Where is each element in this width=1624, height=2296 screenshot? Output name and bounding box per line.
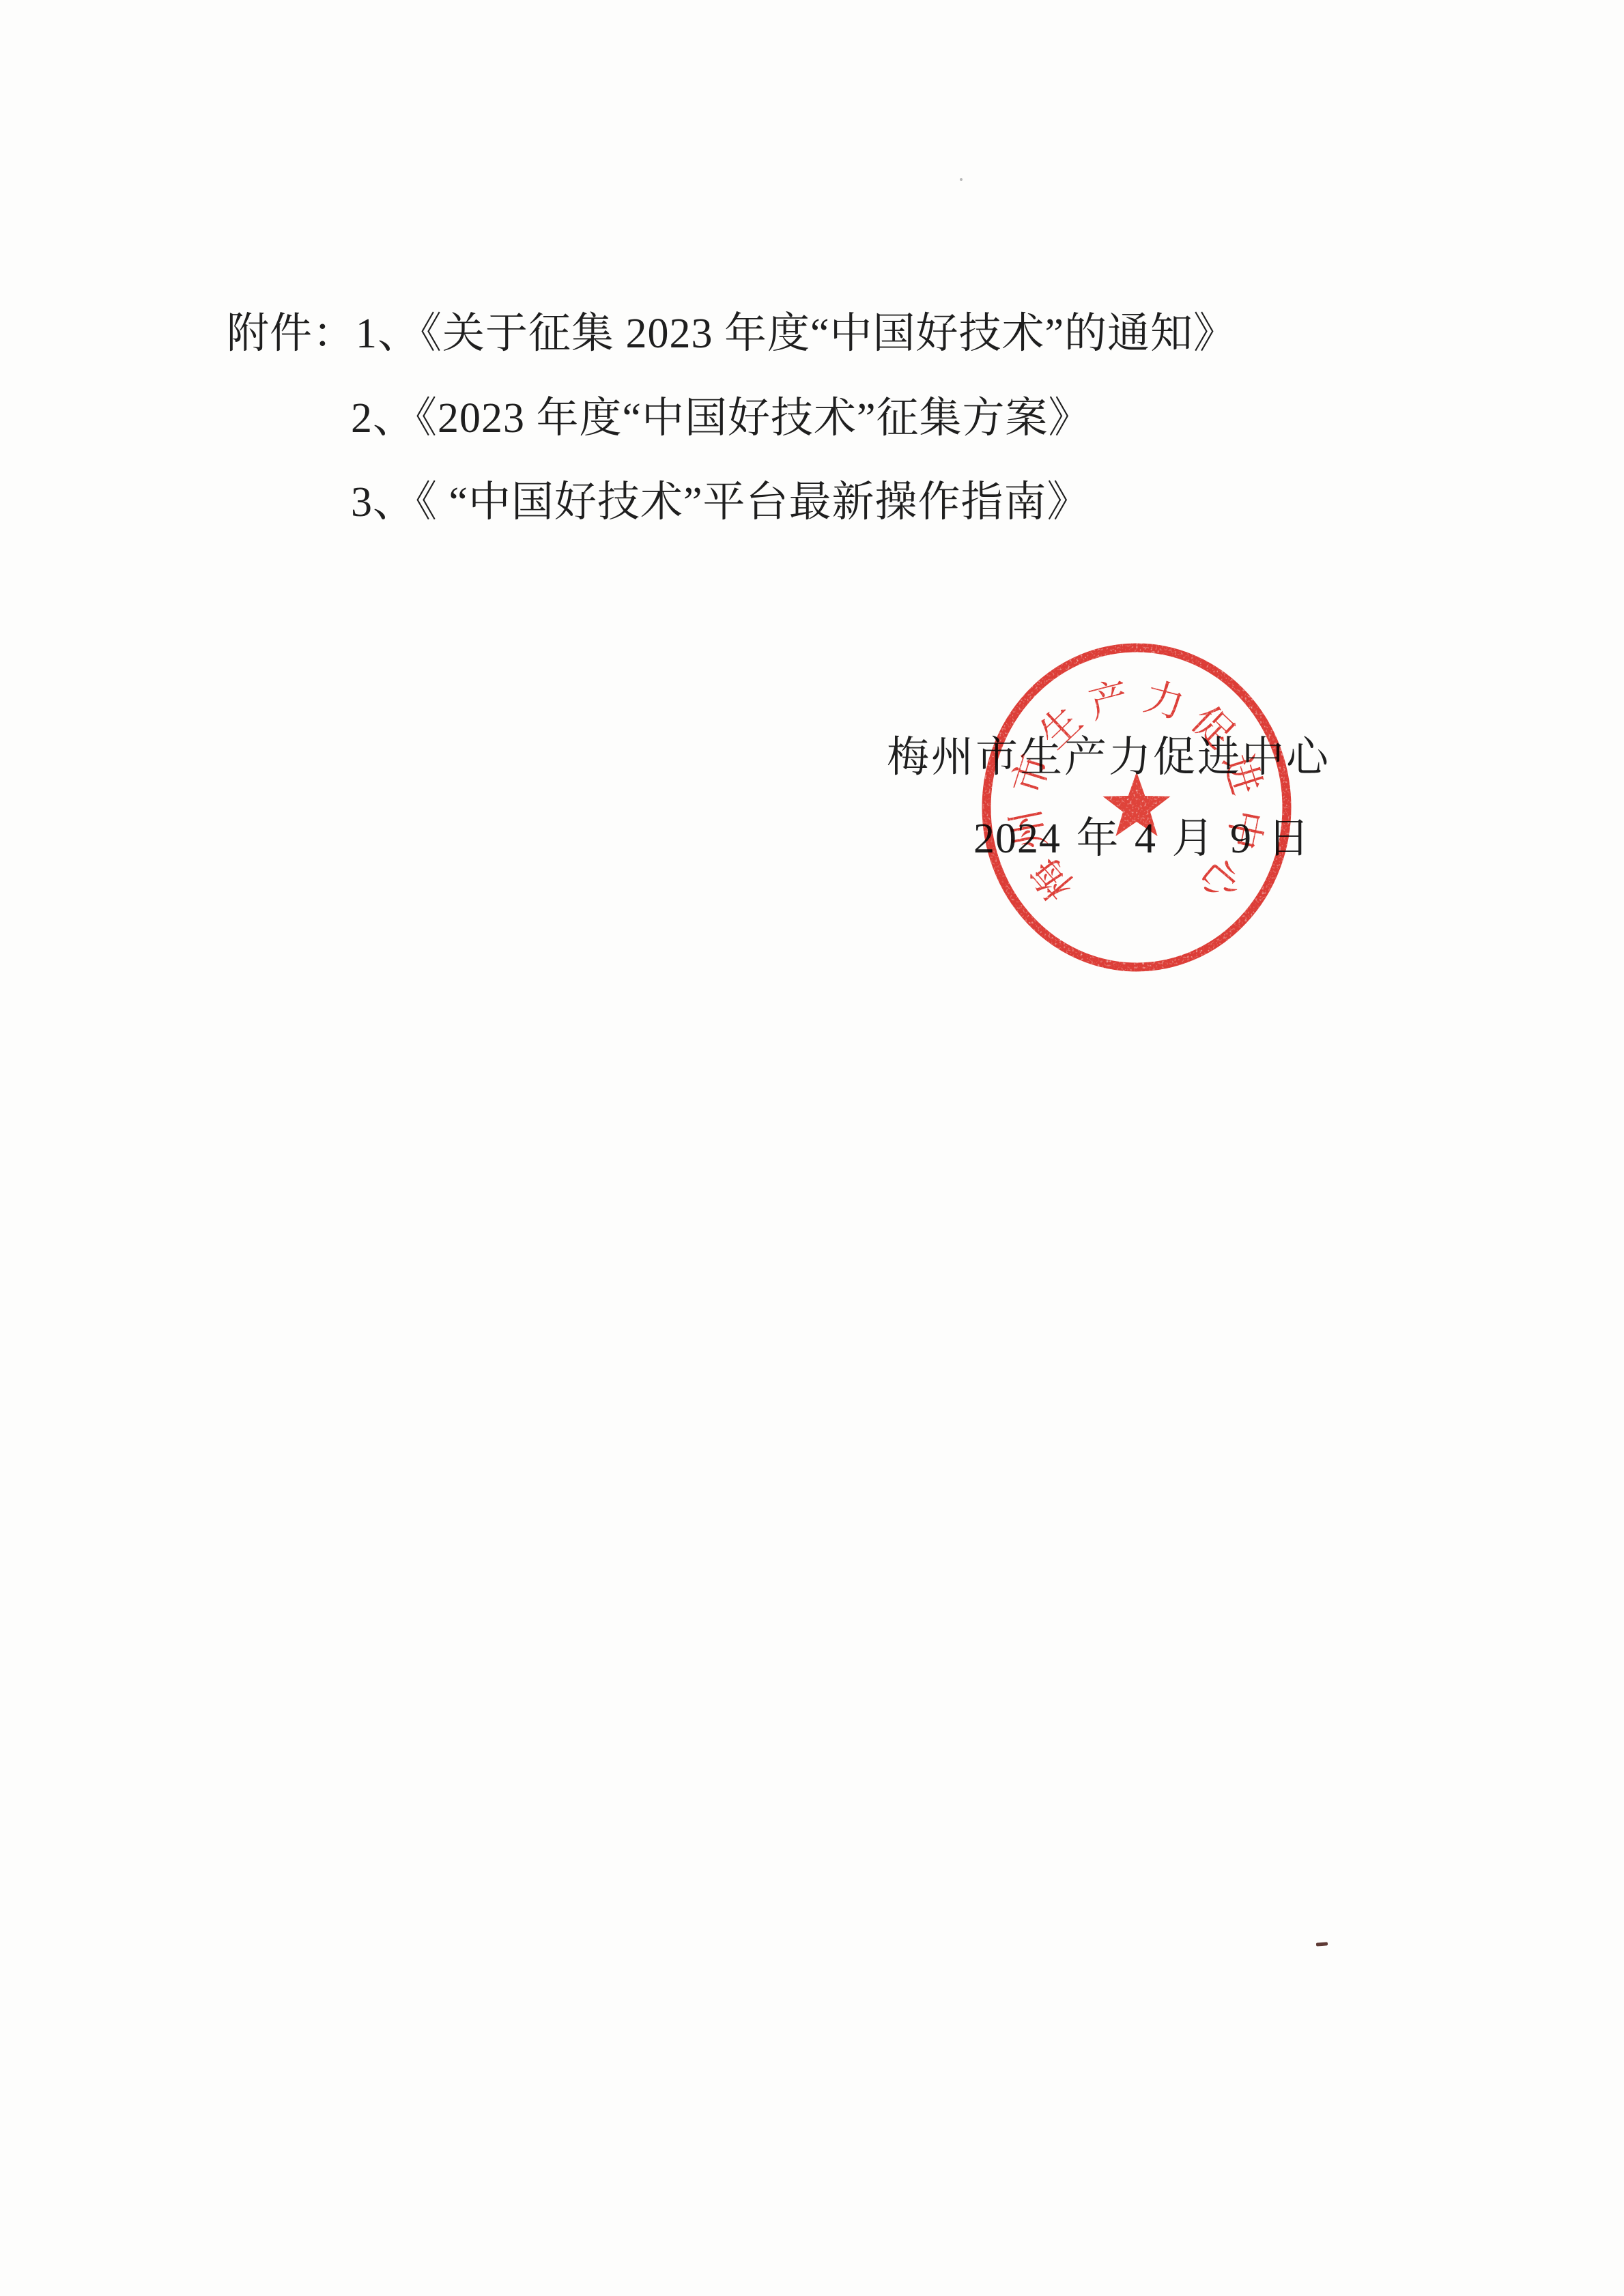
attachment-item-1: 附件：1、《关于征集 2023 年度“中国好技术”的通知》 — [227, 311, 1236, 357]
seal-arc-char: 生 — [1031, 698, 1090, 757]
seal-arc-char: 市 — [1004, 749, 1058, 800]
seal-arc-char: 促 — [1183, 698, 1242, 757]
attachment-item-2: 2、《2023 年度“中国好技术”征集方案》 — [351, 395, 1092, 442]
seal-arc-char: 中 — [1219, 805, 1270, 853]
seal-arc-char: 州 — [1003, 805, 1054, 853]
seal-arc-char: 梅 — [1023, 850, 1083, 908]
seal-arc-char: 进 — [1214, 749, 1268, 800]
seal-star-icon — [1103, 772, 1171, 836]
document-page: 附件：1、《关于征集 2023 年度“中国好技术”的通知》 2、《2023 年度… — [0, 0, 1624, 2296]
attachment-item-3: 3、《 “中国好技术”平台最新操作指南》 — [351, 479, 1090, 526]
seal-arc-char: 产 — [1084, 674, 1133, 727]
seal-arc-char: 力 — [1139, 674, 1188, 727]
official-seal: 梅州市生产力促进中心 — [959, 630, 1314, 985]
seal-arc-char: 心 — [1190, 850, 1250, 910]
scan-speck — [960, 178, 963, 181]
scan-speck — [1316, 1942, 1328, 1946]
